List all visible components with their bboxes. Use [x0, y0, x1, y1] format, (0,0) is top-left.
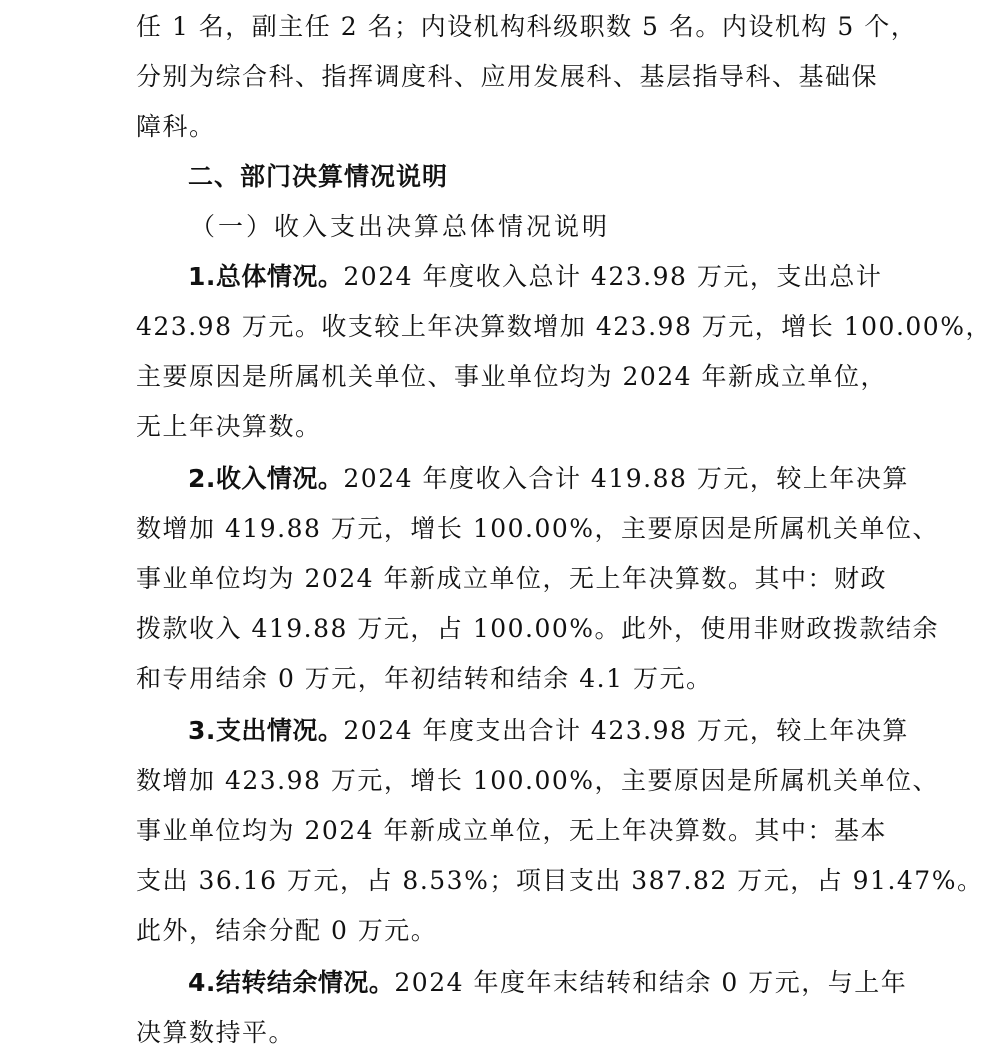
subsection-heading: （一）收入支出决算总体情况说明: [190, 212, 610, 242]
intro-line-1: 任 1 名，副主任 2 名；内设机构科级职数 5 名。内设机构 5 个，: [136, 12, 876, 42]
paragraph-3-first-text: 2024 年度支出合计 423.98 万元，较上年决算: [343, 716, 908, 745]
paragraph-4-line: 决算数持平。: [136, 1018, 295, 1048]
paragraph-3-line: 数增加 423.98 万元，增长 100.00%，主要原因是所属机关单位、: [136, 766, 876, 796]
paragraph-4-lead: 4.结转结余情况。: [188, 968, 394, 997]
paragraph-4-first-line: 4.结转结余情况。2024 年度年末结转和结余 0 万元，与上年: [188, 968, 876, 998]
paragraph-1-line: 423.98 万元。收支较上年决算数增加 423.98 万元，增长 100.00…: [136, 312, 876, 342]
paragraph-1-line: 无上年决算数。: [136, 412, 322, 442]
intro-line-3: 障科。: [136, 112, 216, 142]
paragraph-3-lead: 3.支出情况。: [188, 716, 343, 745]
paragraph-1-first-text: 2024 年度收入总计 423.98 万元，支出总计: [343, 262, 882, 291]
paragraph-3-line: 事业单位均为 2024 年新成立单位，无上年决算数。其中：基本: [136, 816, 876, 846]
document-page: 任 1 名，副主任 2 名；内设机构科级职数 5 名。内设机构 5 个， 分别为…: [0, 0, 1000, 1059]
paragraph-3-line: 支出 36.16 万元，占 8.53%；项目支出 387.82 万元，占 91.…: [136, 866, 876, 896]
paragraph-1-line: 主要原因是所属机关单位、事业单位均为 2024 年新成立单位，: [136, 362, 876, 392]
paragraph-3-line: 此外，结余分配 0 万元。: [136, 916, 437, 946]
paragraph-2-first-line: 2.收入情况。2024 年度收入合计 419.88 万元，较上年决算: [188, 464, 876, 494]
paragraph-2-line: 事业单位均为 2024 年新成立单位，无上年决算数。其中：财政: [136, 564, 876, 594]
paragraph-1-first-line: 1.总体情况。2024 年度收入总计 423.98 万元，支出总计: [188, 262, 876, 292]
paragraph-2-first-text: 2024 年度收入合计 419.88 万元，较上年决算: [343, 464, 908, 493]
section-heading: 二、部门决算情况说明: [188, 162, 448, 192]
paragraph-1-lead: 1.总体情况。: [188, 262, 343, 291]
paragraph-2-lead: 2.收入情况。: [188, 464, 343, 493]
paragraph-3-first-line: 3.支出情况。2024 年度支出合计 423.98 万元，较上年决算: [188, 716, 876, 746]
paragraph-2-line: 数增加 419.88 万元，增长 100.00%，主要原因是所属机关单位、: [136, 514, 876, 544]
paragraph-2-line: 和专用结余 0 万元，年初结转和结余 4.1 万元。: [136, 664, 712, 694]
paragraph-4-first-text: 2024 年度年末结转和结余 0 万元，与上年: [394, 968, 907, 997]
intro-line-2: 分别为综合科、指挥调度科、应用发展科、基层指导科、基础保: [136, 62, 876, 92]
paragraph-2-line: 拨款收入 419.88 万元，占 100.00%。此外，使用非财政拨款结余: [136, 614, 876, 644]
